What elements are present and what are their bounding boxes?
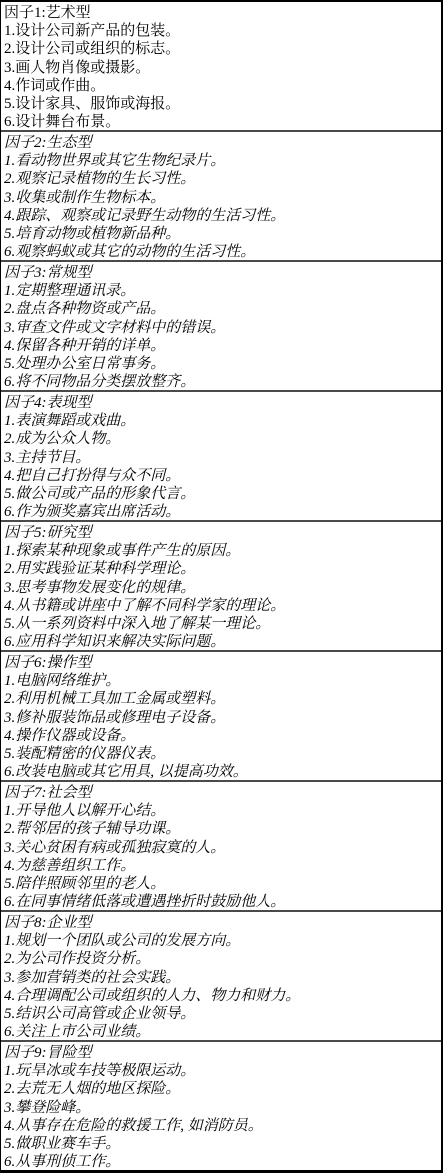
factor-item: 3.审查文件或文字材料中的错误。 (4, 319, 439, 337)
factor-item: 1.玩旱冰或车技等极限运动。 (4, 1062, 439, 1080)
factor-item: 4.跟踪、观察或记录野生动物的生活习性。 (4, 207, 439, 225)
factor-item: 3.攀登险峰。 (4, 1099, 439, 1117)
factor-item: 5.设计家具、服饰或海报。 (4, 95, 439, 113)
factor-item: 2.盘点各种物资或产品。 (4, 300, 439, 318)
factor-item: 6.关注上市公司业绩。 (4, 1023, 439, 1041)
factor-item: 3.修补服装饰品或修理电子设备。 (4, 709, 439, 727)
factor-title: 因子9:冒险型 (4, 1044, 439, 1062)
factor-title: 因子2:生态型 (4, 134, 439, 152)
factor-item: 2.去荒无人烟的地区探险。 (4, 1080, 439, 1098)
factor-item: 4.从书籍或讲座中了解不同科学家的理论。 (4, 597, 439, 615)
factor-item: 4.保留各种开销的详单。 (4, 337, 439, 355)
factor-item: 1.看动物世界或其它生物纪录片。 (4, 152, 439, 170)
factor-item: 2.观察记录植物的生长习性。 (4, 170, 439, 188)
page: 因子1:艺术型 1.设计公司新产品的包装。2.设计公司或组织的标志。3.画人物肖… (0, 0, 445, 1174)
factor-item: 3.思考事物发展变化的规律。 (4, 579, 439, 597)
factor-item: 5.做职业赛车手。 (4, 1135, 439, 1153)
factor-section: 因子5:研究型 1.探索某种现象或事件产生的原因。2.用实践验证某种科学理论。3… (1, 522, 441, 652)
factor-table: 因子1:艺术型 1.设计公司新产品的包装。2.设计公司或组织的标志。3.画人物肖… (0, 0, 443, 1173)
factor-title: 因子4:表现型 (4, 394, 439, 412)
factor-item: 4.为慈善组织工作。 (4, 857, 439, 875)
factor-item: 3.参加营销类的社会实践。 (4, 969, 439, 987)
factor-title: 因子5:研究型 (4, 524, 439, 542)
factor-item: 5.做公司或产品的形象代言。 (4, 485, 439, 503)
factor-item: 6.应用科学知识来解决实际问题。 (4, 633, 439, 651)
factor-section: 因子3:常规型 1.定期整理通讯录。2.盘点各种物资或产品。3.审查文件或文字材… (1, 262, 441, 392)
factor-item: 2.设计公司或组织的标志。 (4, 40, 439, 58)
factor-item: 6.改装电脑或其它用具, 以提高功效。 (4, 763, 439, 781)
factor-item: 6.在同事情绪低落或遭遇挫折时鼓励他人。 (4, 893, 439, 911)
factor-item: 6.将不同物品分类摆放整齐。 (4, 373, 439, 391)
factor-title: 因子1:艺术型 (4, 4, 439, 22)
factor-section: 因子6:操作型 1.电脑网络维护。2.利用机械工具加工金属或塑料。3.修补服装饰… (1, 652, 441, 782)
factor-item: 2.帮邻居的孩子辅导功课。 (4, 820, 439, 838)
factor-item: 2.用实践验证某种科学理论。 (4, 560, 439, 578)
factor-section: 因子7:社会型 1.开导他人以解开心结。2.帮邻居的孩子辅导功课。3.关心贫困有… (1, 782, 441, 912)
factor-item: 5.培育动物或植物新品种。 (4, 225, 439, 243)
factor-item: 1.定期整理通讯录。 (4, 282, 439, 300)
factor-item: 3.主持节目。 (4, 449, 439, 467)
factor-item: 5.陪伴照顾邻里的老人。 (4, 875, 439, 893)
factor-item: 4.作词或作曲。 (4, 77, 439, 95)
factor-item: 6.从事刑侦工作。 (4, 1153, 439, 1170)
factor-section: 因子1:艺术型 1.设计公司新产品的包装。2.设计公司或组织的标志。3.画人物肖… (1, 2, 441, 132)
factor-item: 2.成为公众人物。 (4, 430, 439, 448)
factor-item: 1.设计公司新产品的包装。 (4, 22, 439, 40)
factor-section: 因子8:企业型 1.规划一个团队或公司的发展方向。2.为公司作投资分析。3.参加… (1, 912, 441, 1042)
factor-item: 4.合理调配公司或组织的人力、物力和财力。 (4, 987, 439, 1005)
factor-item: 1.开导他人以解开心结。 (4, 802, 439, 820)
factor-title: 因子7:社会型 (4, 784, 439, 802)
factor-item: 4.把自己打扮得与众不同。 (4, 467, 439, 485)
factor-item: 3.关心贫困有病或孤独寂寞的人。 (4, 839, 439, 857)
factor-item: 6.设计舞台布景。 (4, 113, 439, 131)
factor-item: 3.画人物肖像或摄影。 (4, 59, 439, 77)
factor-item: 1.电脑网络维护。 (4, 672, 439, 690)
factor-item: 5.处理办公室日常事务。 (4, 355, 439, 373)
factor-item: 4.操作仪器或设备。 (4, 727, 439, 745)
factor-item: 3.收集或制作生物标本。 (4, 189, 439, 207)
factor-item: 2.利用机械工具加工金属或塑料。 (4, 690, 439, 708)
factor-section: 因子2:生态型 1.看动物世界或其它生物纪录片。2.观察记录植物的生长习性。3.… (1, 132, 441, 262)
factor-title: 因子6:操作型 (4, 654, 439, 672)
factor-item: 1.探索某种现象或事件产生的原因。 (4, 542, 439, 560)
factor-item: 2.为公司作投资分析。 (4, 950, 439, 968)
factor-item: 5.装配精密的仪器仪表。 (4, 745, 439, 763)
factor-item: 4.从事存在危险的救援工作, 如消防员。 (4, 1117, 439, 1135)
factor-item: 6.作为颁奖嘉宾出席活动。 (4, 503, 439, 521)
factor-item: 1.规划一个团队或公司的发展方向。 (4, 932, 439, 950)
factor-item: 1.表演舞蹈或戏曲。 (4, 412, 439, 430)
factor-title: 因子3:常规型 (4, 264, 439, 282)
factor-item: 5.从一系列资料中深入地了解某一理论。 (4, 615, 439, 633)
factor-title: 因子8:企业型 (4, 914, 439, 932)
factor-item: 6.观察蚂蚁或其它的动物的生活习性。 (4, 243, 439, 261)
factor-section: 因子9:冒险型 1.玩旱冰或车技等极限运动。2.去荒无人烟的地区探险。3.攀登险… (1, 1042, 441, 1170)
factor-section: 因子4:表现型 1.表演舞蹈或戏曲。2.成为公众人物。3.主持节目。4.把自己打… (1, 392, 441, 522)
factor-item: 5.结识公司高管或企业领导。 (4, 1005, 439, 1023)
